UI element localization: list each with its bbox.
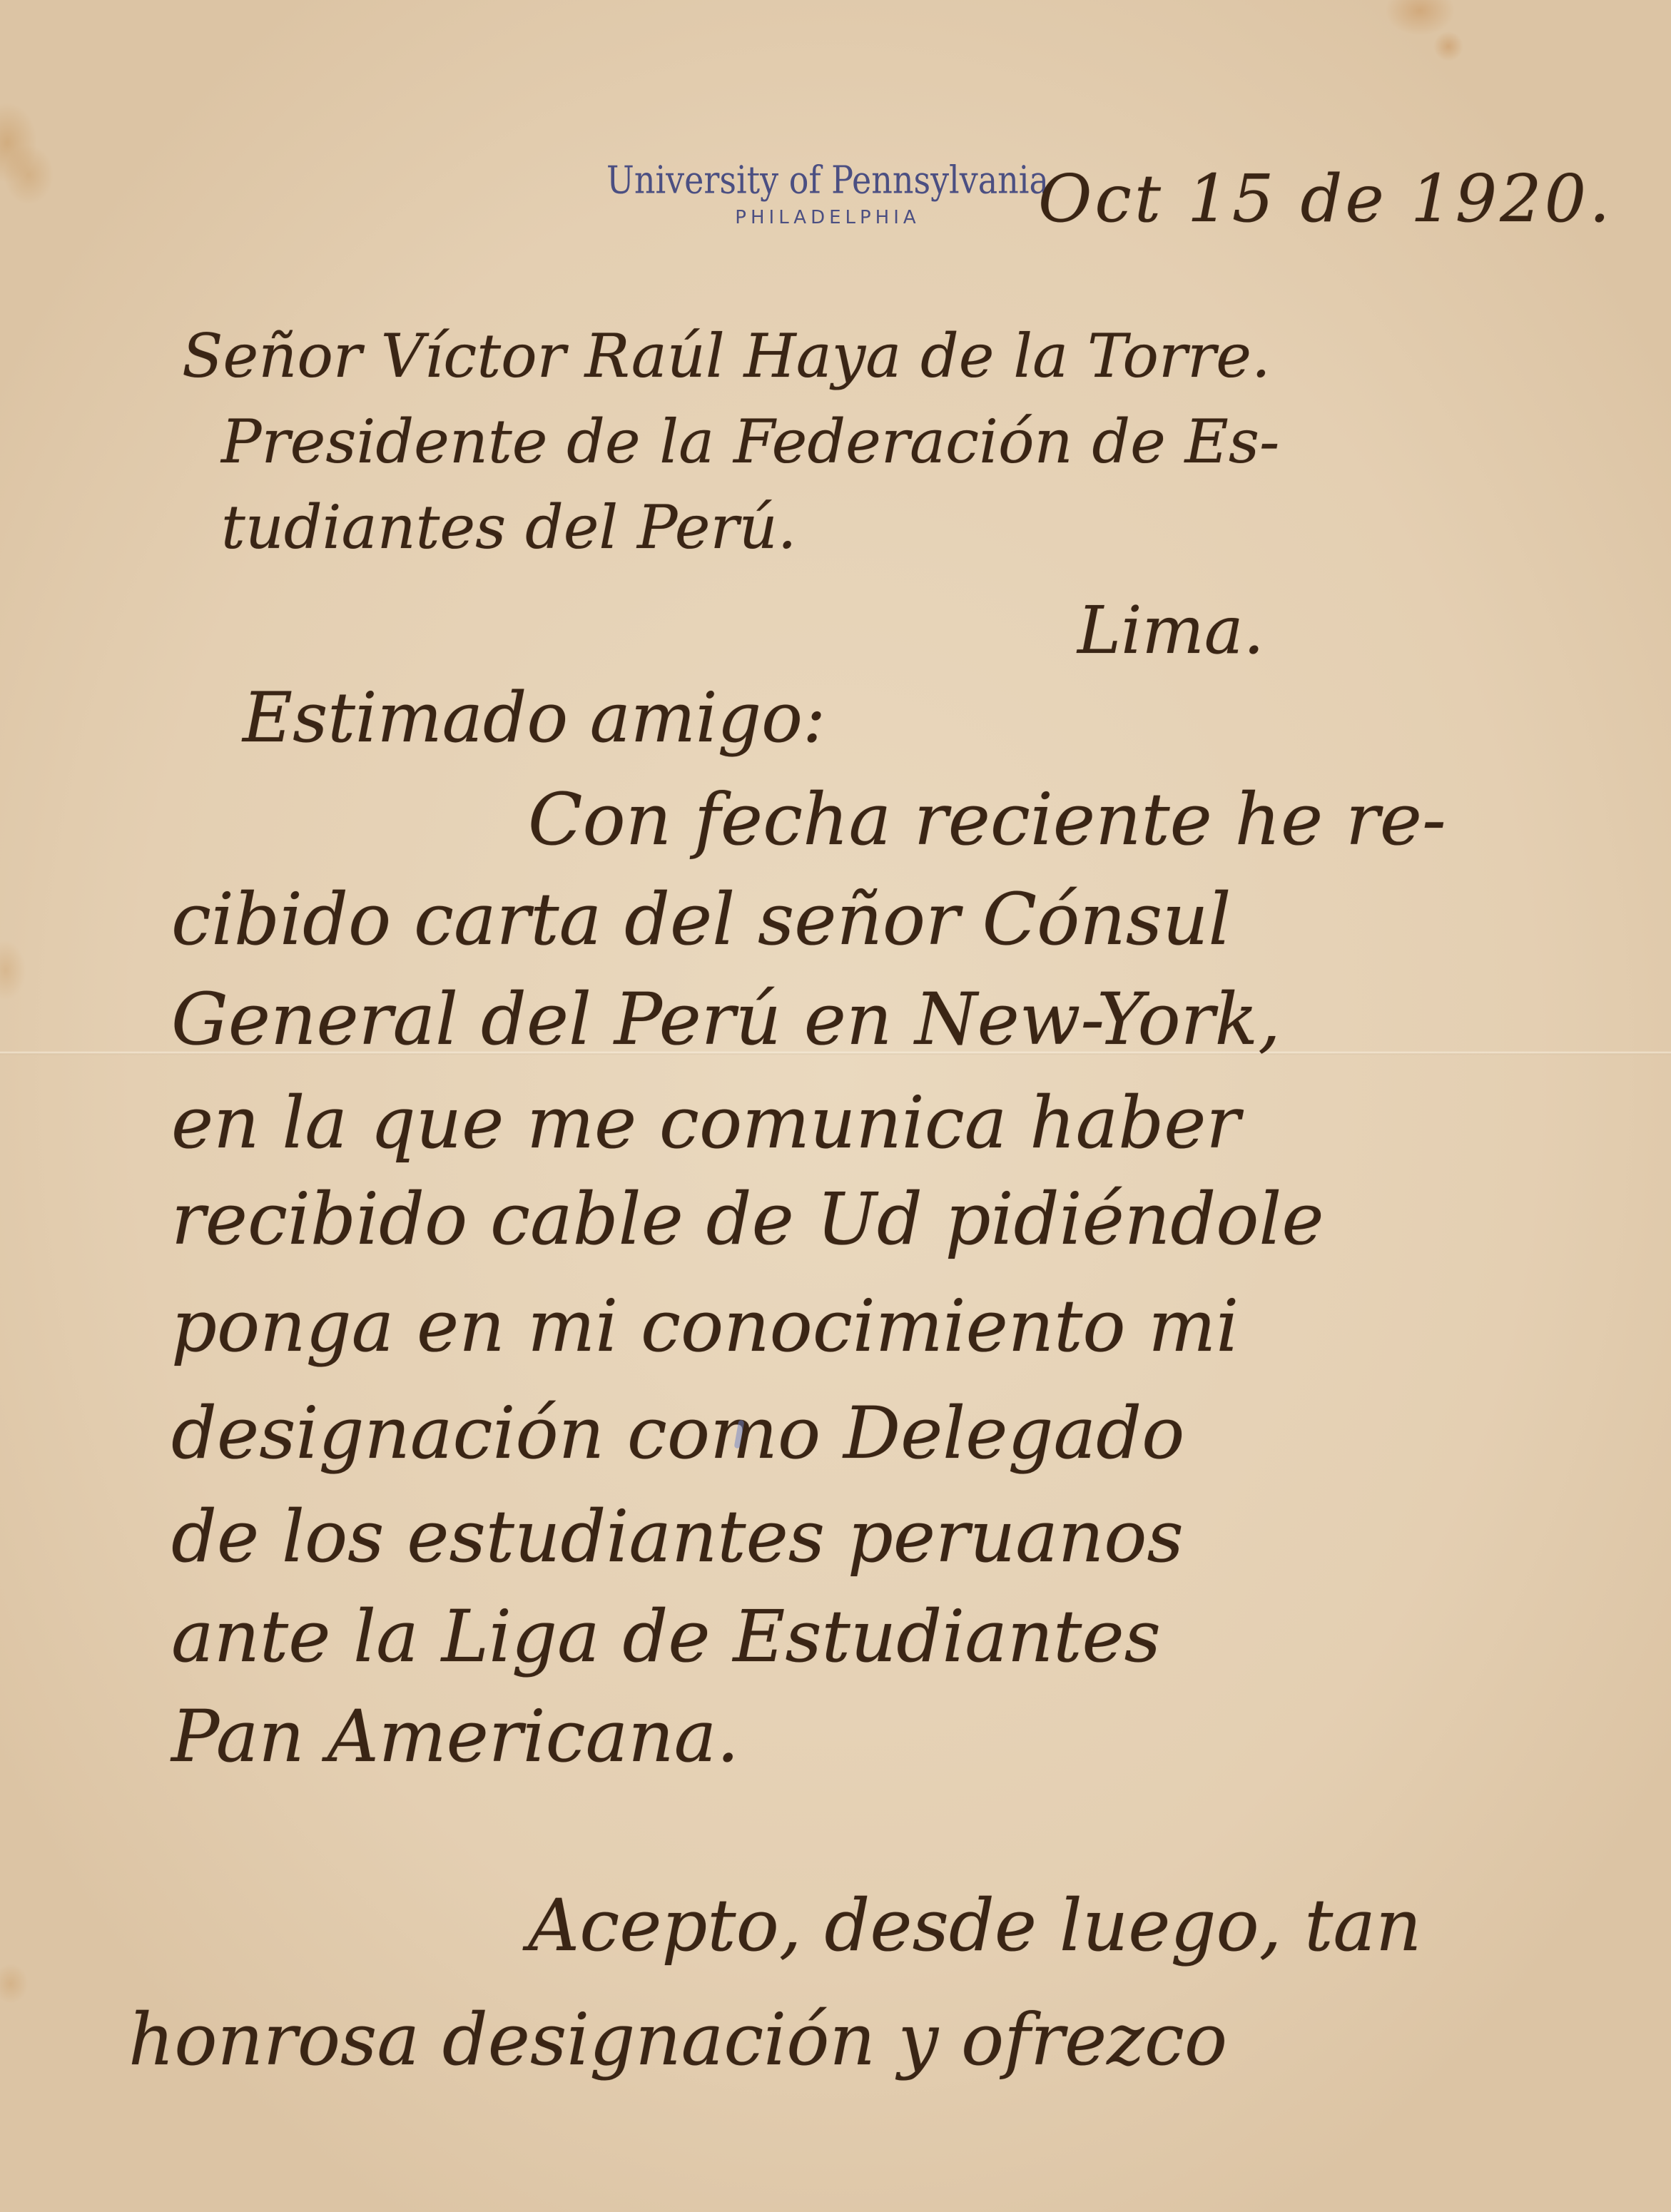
body-line: en la que me comunica haber	[171, 1081, 1240, 1165]
body-line: Con fecha reciente he re-	[528, 778, 1446, 861]
letter-page: University of Pennsylvania PHILADELPHIA …	[0, 0, 1671, 2212]
addressee-line: tudiantes del Perú.	[221, 492, 796, 562]
body-line: cibido carta del señor Cónsul	[171, 878, 1231, 961]
salutation: Estimado amigo:	[243, 678, 826, 758]
letterhead-city: PHILADELPHIA	[585, 207, 1070, 228]
letter-date: Oct 15 de 1920.	[1038, 161, 1612, 237]
body-line: ponga en mi conocimiento mi	[171, 1284, 1239, 1368]
addressee-line: Señor Víctor Raúl Haya de la Torre.	[182, 321, 1271, 391]
letterhead-institution: University of Pennsylvania	[585, 156, 1070, 205]
addressee-line: Presidente de la Federación de Es-	[221, 407, 1279, 477]
body-line: designación como Delegado	[171, 1391, 1184, 1475]
body-line: Pan Americana.	[171, 1695, 739, 1778]
body-line: General del Perú en New-York,	[171, 978, 1281, 1061]
body-line: de los estudiantes peruanos	[171, 1495, 1184, 1578]
letterhead: University of Pennsylvania PHILADELPHIA	[585, 158, 1070, 228]
body-line: recibido cable de Ud pidiéndole	[171, 1177, 1324, 1261]
body-line: ante la Liga de Estudiantes	[171, 1595, 1161, 1678]
body-line: Acepto, desde luego, tan	[528, 1884, 1421, 1967]
addressee-city: Lima.	[1077, 592, 1264, 669]
body-line: honrosa designación y ofrezco	[128, 1998, 1227, 2081]
